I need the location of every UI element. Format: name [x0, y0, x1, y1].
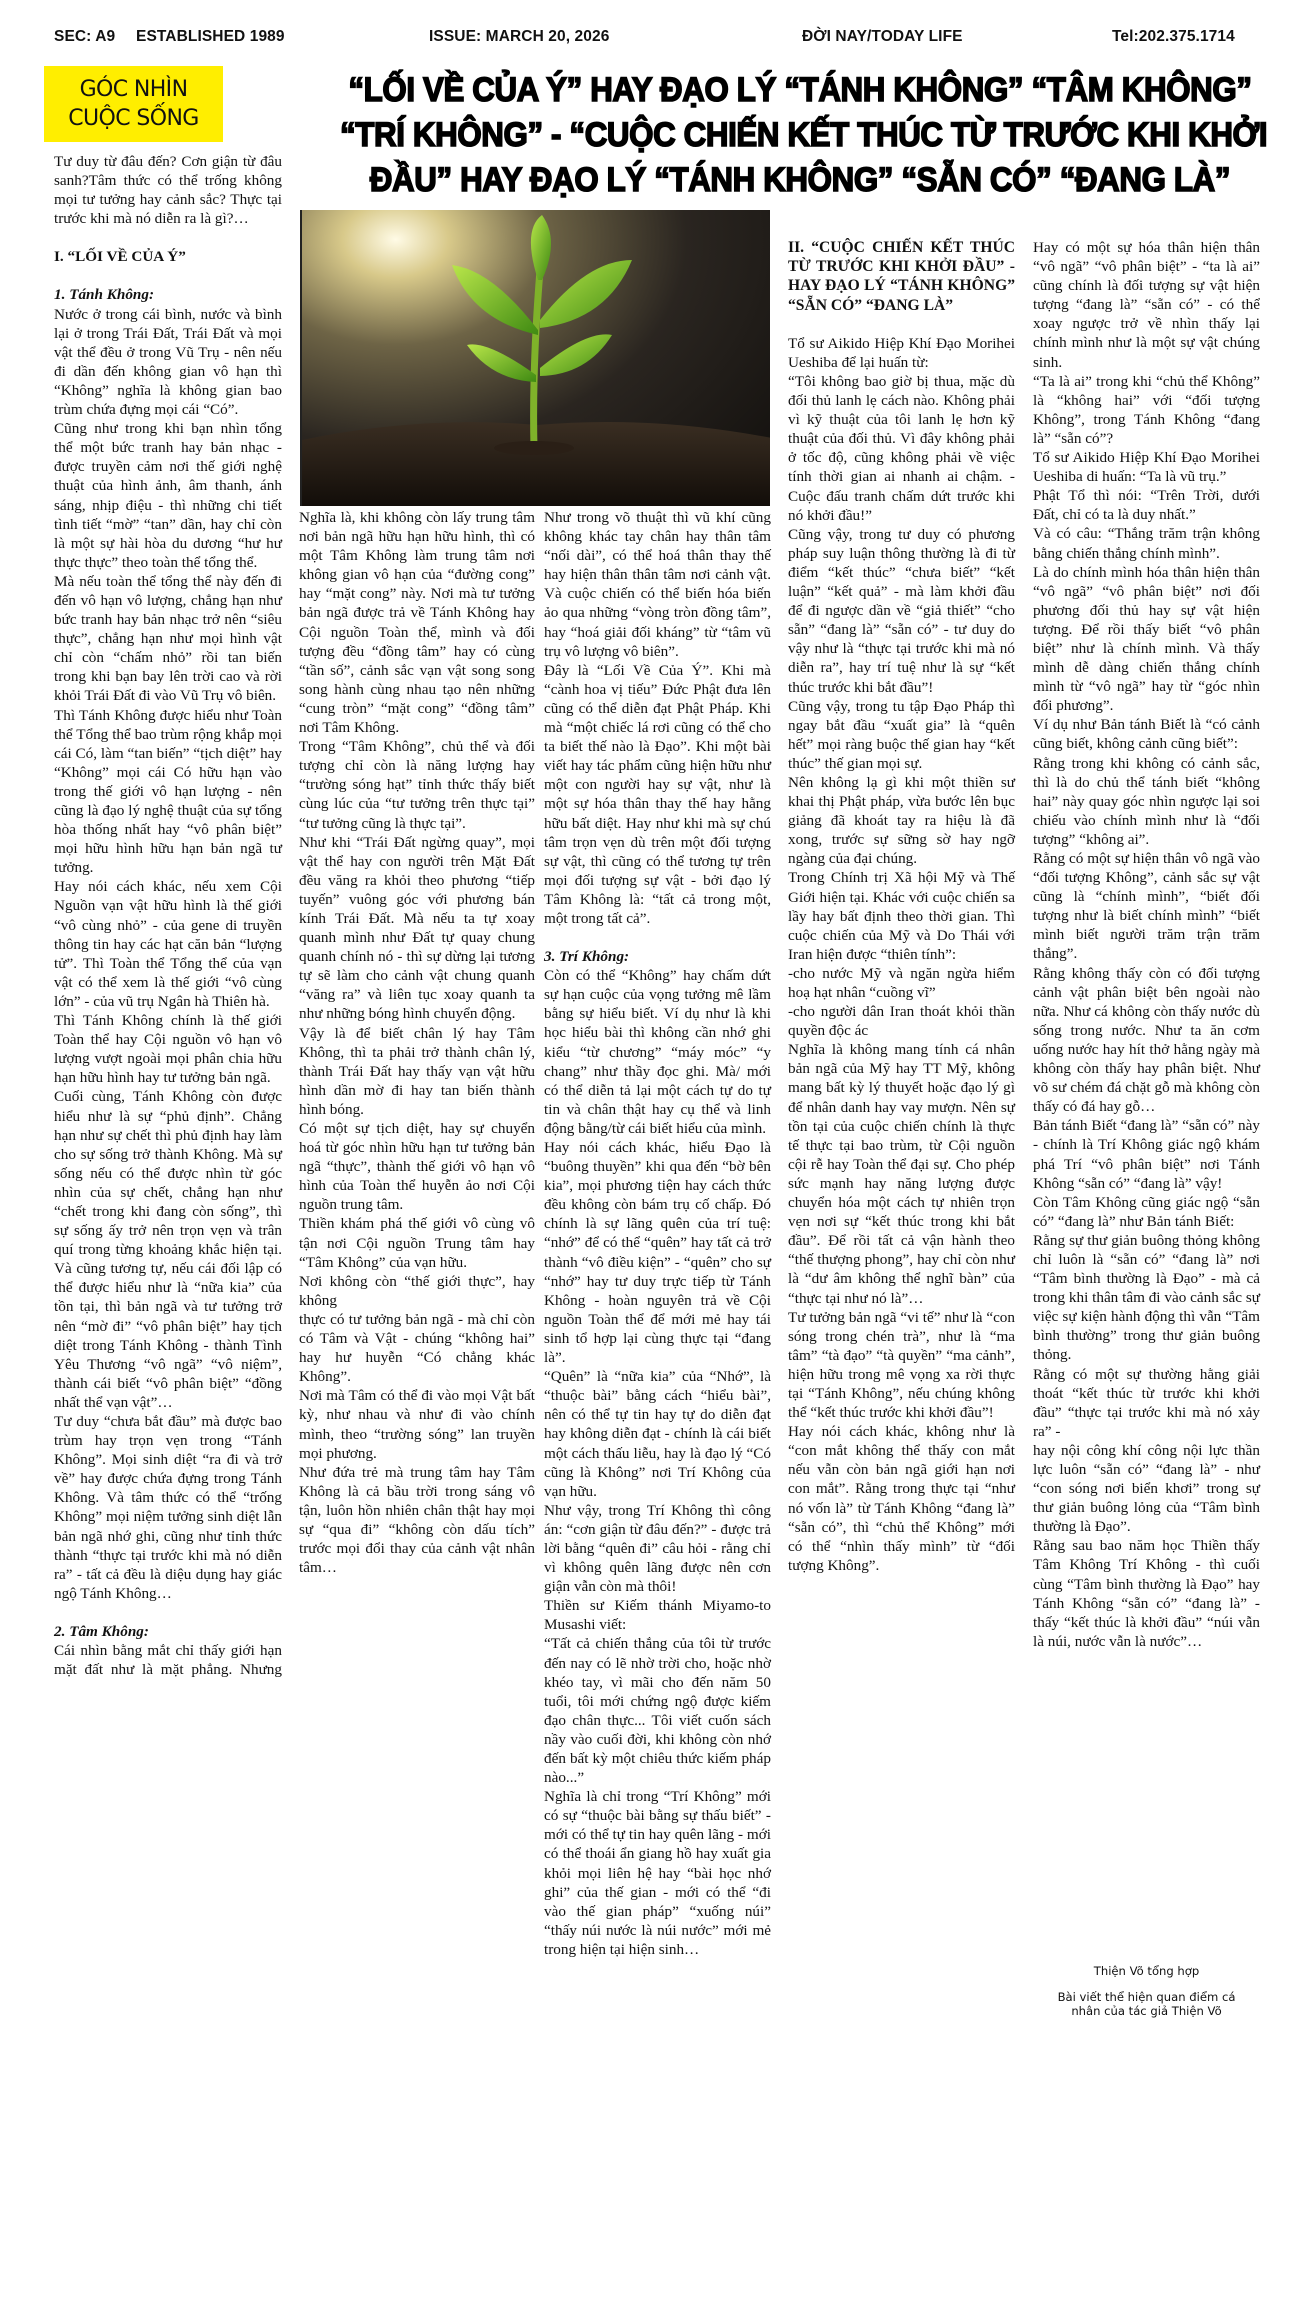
section-label-line1: GÓC NHÌN — [80, 75, 188, 104]
paragraph: Tổ sư Aikido Hiệp Khí Đạo Morihei Ueshib… — [788, 334, 1015, 372]
paragraph: Nghĩa là chỉ trong “Trí Không” mới có sự… — [544, 1787, 771, 1959]
paragraph: Cũng như trong khi bạn nhìn tổng thể một… — [54, 419, 282, 572]
paragraph: thực có tư tưởng bản ngã - mà chỉ còn có… — [299, 1310, 535, 1386]
established-year: ESTABLISHED 1989 — [136, 28, 285, 46]
paragraph: Có một sự tịch diệt, hay sự chuyển hoá t… — [299, 1119, 535, 1214]
paragraph: -cho người dân Iran thoát khỏi thần quyề… — [788, 1002, 1015, 1040]
paragraph: “Ta là ai” trong khi “chủ thể Không” là … — [1033, 372, 1260, 448]
paragraph: “Tất cả chiến thắng của tôi từ trước đến… — [544, 1634, 771, 1787]
subsection2-heading: 2. Tâm Không: — [54, 1622, 282, 1641]
paragraph: Cuối cùng, Tánh Không còn được hiểu như … — [54, 1087, 282, 1412]
paragraph: Như vậy, trong Trí Không thì công án: “c… — [544, 1501, 771, 1596]
section2-heading: II. “CUỘC CHIẾN KẾT THÚC TỪ TRƯỚC KHI KH… — [788, 238, 1015, 315]
paragraph: -cho nước Mỹ và ngăn ngừa hiểm hoạ hạt n… — [788, 964, 1015, 1002]
paragraph: Cũng vậy, trong tu tập Đạo Pháp thì ngay… — [788, 697, 1015, 773]
article-column-2: Nghĩa là, khi không còn lấy trung tâm nơ… — [299, 508, 535, 1577]
paragraph: hay nội công khí công nội lực thần lực l… — [1033, 1441, 1260, 1536]
article-column-4: II. “CUỘC CHIẾN KẾT THÚC TỪ TRƯỚC KHI KH… — [788, 219, 1015, 1575]
paragraph: Trong “Tâm Không”, chủ thể và đối tượng … — [299, 737, 535, 832]
paragraph: “Quên” là “nữa kia” của “Nhớ”, là “thuộc… — [544, 1367, 771, 1501]
paragraph: Thiền khám phá thế giới vô cùng vô tận n… — [299, 1214, 535, 1271]
article-column-1: Tư duy từ đâu đến? Cơn giận từ đâu sanh?… — [54, 152, 282, 1679]
paragraph: Trong Chính trị Xã hội Mỹ và Thế Giới hi… — [788, 868, 1015, 963]
paragraph: Thì Tánh Không chính là thế giới Toàn th… — [54, 1011, 282, 1087]
paragraph: Như trong võ thuật thì vũ khí cũng không… — [544, 508, 771, 661]
paragraph: Tư duy “chưa bắt đầu” mà được bao trùm h… — [54, 1412, 282, 1603]
paragraph: Rằng có một sự thường hằng giải thoát “k… — [1033, 1365, 1260, 1441]
paragraph: Phật Tổ thì nói: “Trên Trời, dưới Đất, c… — [1033, 486, 1260, 524]
paragraph: Cái nhìn bằng mắt chỉ thấy giới hạn mặt … — [54, 1641, 282, 1679]
paragraph: Vậy là để biết chân lý hay Tâm Không, th… — [299, 1024, 535, 1119]
article-headline: “LỐI VỀ CỦA Ý” HAY ĐẠO LÝ “TÁNH KHÔNG” “… — [340, 68, 1260, 203]
section1-heading: I. “LỐI VỀ CỦA Ý” — [54, 247, 282, 266]
paragraph: Nên không lạ gì khi một thiền sư khai th… — [788, 773, 1015, 868]
telephone: Tel:202.375.1714 — [1112, 28, 1235, 46]
paragraph: Hay nói cách khác, hiểu Đạo là “buông th… — [544, 1138, 771, 1367]
author-disclaimer: Bài viết thể hiện quan điểm cá nhân của … — [1033, 1990, 1260, 2018]
issue-date: ISSUE: MARCH 20, 2026 — [429, 28, 609, 46]
headline-line3: ĐẦU” HAY ĐẠO LÝ “TÁNH KHÔNG” “SẴN CÓ” “Đ… — [340, 158, 1260, 203]
paragraph: Đây là “Lối Về Của Ý”. Khi mà “cành hoa … — [544, 661, 771, 928]
paragraph: Bản tánh Biết “đang là” “sẵn có” này - c… — [1033, 1116, 1260, 1192]
paragraph: “Tôi không bao giờ bị thua, mặc dù đối t… — [788, 372, 1015, 525]
masthead: SEC: A9 ESTABLISHED 1989 ISSUE: MARCH 20… — [0, 28, 1315, 52]
subsection3-heading: 3. Trí Không: — [544, 947, 771, 966]
paragraph: Nơi không còn “thế giới thực”, hay không — [299, 1272, 535, 1310]
paragraph: Tổ sư Aikido Hiệp Khí Đạo Morihei Ueshib… — [1033, 448, 1260, 486]
paragraph: Rằng có một sự hiện thân vô ngã vào “đối… — [1033, 849, 1260, 964]
seedling-icon — [302, 210, 770, 506]
paragraph: Thì Tánh Không được hiểu như Toàn thể Tổ… — [54, 706, 282, 878]
paragraph: Ví dụ như Bản tánh Biết là “có cảnh cũng… — [1033, 715, 1260, 753]
publication-name: ĐỜI NAY/TODAY LIFE — [802, 28, 963, 46]
paragraph: Rằng trong khi không có cảnh sắc, thì là… — [1033, 754, 1260, 849]
seedling-photo — [300, 210, 770, 506]
author-credit: Thiện Võ tổng hợp — [1033, 1964, 1260, 1978]
paragraph: Cũng vậy, trong tư duy có phương pháp su… — [788, 525, 1015, 697]
subsection1-heading: 1. Tánh Không: — [54, 285, 282, 304]
paragraph: Như khi “Trái Đất ngừng quay”, mọi vật t… — [299, 833, 535, 1024]
paragraph: Như đứa trẻ mà trung tâm hay Tâm Không l… — [299, 1463, 535, 1578]
disclaimer-line2: nhân của tác giả Thiện Võ — [1033, 2004, 1260, 2018]
paragraph: Nơi mà Tâm có thể đi vào mọi Vật bất kỳ,… — [299, 1386, 535, 1462]
paragraph: Hay có một sự hóa thân hiện thân “vô ngã… — [1033, 238, 1260, 372]
paragraph: Mà nếu toàn thể tổng thể này đến đi đến … — [54, 572, 282, 706]
article-column-3: Như trong võ thuật thì vũ khí cũng không… — [544, 508, 771, 1959]
intro-paragraph: Tư duy từ đâu đến? Cơn giận từ đâu sanh?… — [54, 152, 282, 228]
paragraph: Nghĩa là không mang tính cá nhân bản ngã… — [788, 1040, 1015, 1307]
paragraph: Nước ở trong cái bình, nước và bình lại … — [54, 305, 282, 420]
paragraph: Tư tưởng bản ngã “vi tế” như là “con són… — [788, 1308, 1015, 1423]
paragraph: Rằng không thấy còn có đối tượng cảnh vậ… — [1033, 964, 1260, 1117]
paragraph: Nghĩa là, khi không còn lấy trung tâm nơ… — [299, 508, 535, 737]
section-label-line2: CUỘC SỐNG — [68, 104, 199, 133]
paragraph: Và có câu: “Thắng trăm trận không bằng c… — [1033, 524, 1260, 562]
paragraph: Là do chính mình hóa thân hiện thân “vô … — [1033, 563, 1260, 716]
paragraph: Còn có thể “Không” hay chấm dứt sự hạn c… — [544, 966, 771, 1138]
paragraph: Thiền sư Kiếm thánh Miyamo-to Musashi vi… — [544, 1596, 771, 1634]
article-column-5: Hay có một sự hóa thân hiện thân “vô ngã… — [1033, 219, 1260, 1651]
section-number: SEC: A9 — [54, 28, 115, 46]
section-label: GÓC NHÌN CUỘC SỐNG — [44, 66, 223, 142]
paragraph: Hay nói cách khác, không như là “con mắt… — [788, 1422, 1015, 1575]
paragraph: Rằng sau bao năm học Thiền thấy Tâm Khôn… — [1033, 1536, 1260, 1651]
headline-line1: “LỐI VỀ CỦA Ý” HAY ĐẠO LÝ “TÁNH KHÔNG” “… — [340, 68, 1260, 113]
disclaimer-line1: Bài viết thể hiện quan điểm cá — [1033, 1990, 1260, 2004]
headline-line2: “TRÍ KHÔNG” - “CUỘC CHIẾN KẾT THÚC TỪ TR… — [340, 113, 1260, 158]
paragraph: Rằng sự thư giản buông thỏng không chỉ l… — [1033, 1231, 1260, 1365]
paragraph: Còn Tâm Không cũng giác ngộ “sẵn có” “đa… — [1033, 1193, 1260, 1231]
paragraph: Hay nói cách khác, nếu xem Cội Nguồn vạn… — [54, 877, 282, 1011]
